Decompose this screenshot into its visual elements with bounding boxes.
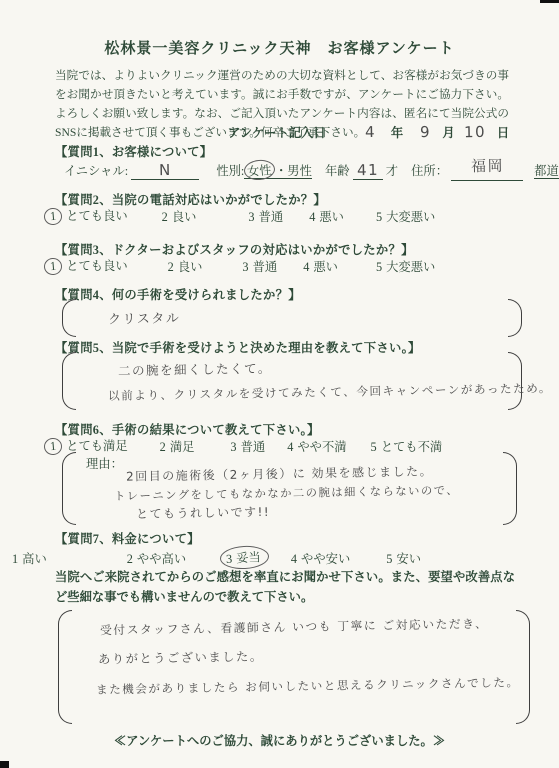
comment-box: 受付スタッフさん、看護師さん いつも 丁寧に ご対応いただき、 ありがとうござい…: [58, 610, 530, 724]
gender-male-option: 男性: [287, 164, 312, 178]
date-label: アンケート記入日: [228, 126, 326, 140]
q3-option-3: 3普通: [242, 257, 277, 275]
date-day-value: 10: [464, 123, 486, 141]
scan-artifact-top-right: [540, 0, 559, 3]
date-year-value: 4: [365, 123, 376, 141]
age-unit: 才: [386, 164, 398, 178]
gender-options: 女性・男性: [244, 164, 312, 179]
q2-option-1: 1とても良い: [44, 206, 128, 225]
initial-label: イニシャル:: [64, 164, 128, 178]
left-bracket: [62, 299, 76, 337]
comment-line: また機会がありましたら お伺いしたいと思えるクリニックさんでした。: [96, 674, 520, 697]
address-value: 福岡: [470, 155, 503, 177]
q5-answer-box: 二の腕を細くしたくて。 以前より、クリスタルを受けてみたくて、今回キャンペーンが…: [62, 352, 522, 410]
age-label: 年齢: [325, 164, 350, 178]
q4-answer-box: クリスタル: [62, 299, 522, 337]
gender-label: 性別:: [216, 164, 244, 178]
survey-date-row: アンケート記入日 4 年 9 月 10 日: [228, 123, 509, 141]
right-bracket: [503, 452, 517, 525]
left-bracket: [62, 452, 76, 525]
age-field: 41: [353, 161, 383, 180]
q7-heading: 【質問7、料金について】: [55, 529, 200, 547]
q5-answer-line: 二の腕を細くしたくて。: [118, 359, 272, 380]
comment-prompt: 当院へご来院されてからのご感想を率直にお聞かせ下さい。また、要望や改善点など些細…: [55, 567, 515, 607]
q1-fields-row: イニシャル: N 性別:女性・男性 年齢 41 才 住所： 福岡 都道府県: [64, 159, 559, 181]
q5-answer-line: 以前より、クリスタルを受けてみたくて、今回キャンペーンがあったため。: [108, 380, 552, 404]
initial-value: N: [159, 161, 172, 179]
q7-option-1: 1高い: [12, 549, 47, 567]
q2-option-3: 3普通: [248, 207, 283, 225]
q6-reason-box: 理由： 2回目の施術後（2ヶ月後）に 効果を感じました。 トレーニングをしてもな…: [62, 452, 517, 525]
date-day-unit: 日: [497, 126, 509, 140]
page-title: 松林景一美容クリニック天神 お客様アンケート: [0, 37, 559, 58]
initial-field: N: [131, 161, 199, 180]
q6-selected-circle: 1: [43, 437, 63, 456]
address-field: 福岡: [451, 159, 523, 181]
q7-option-5: 5安い: [386, 549, 421, 567]
q6-reason-line: とてもうれしいです!!: [136, 503, 270, 522]
comment-line: 受付スタッフさん、看護師さん いつも 丁寧に ご対応いただき、: [100, 615, 489, 639]
gender-selected-circle: 女性: [244, 159, 276, 182]
date-year-unit: 年: [391, 126, 403, 140]
address-label: 住所：: [411, 164, 448, 178]
q2-options-row: 1とても良い 2良い 3普通 4悪い 5大変悪い: [44, 206, 435, 225]
left-bracket: [62, 352, 76, 410]
q3-option-2: 2良い: [168, 257, 203, 275]
q2-option-5: 5大変悪い: [376, 207, 435, 225]
date-month-value: 9: [420, 123, 431, 141]
gender-separator: ・: [275, 164, 287, 178]
q3-option-1: 1とても良い: [44, 256, 128, 275]
q3-selected-circle: 1: [43, 257, 63, 276]
prefecture-options: 都道府県: [534, 164, 559, 179]
comment-line: ありがとうございました。: [98, 647, 264, 668]
right-bracket: [516, 610, 530, 724]
q6-reason-line: トレーニングをしてもなかなか二の腕は細くならないので、: [114, 482, 459, 504]
q4-answer: クリスタル: [108, 307, 181, 327]
date-month-unit: 月: [442, 126, 454, 140]
q1-heading: 【質問1、お客様について】: [55, 142, 212, 160]
q6-reason-line: 2回目の施術後（2ヶ月後）に 効果を感じました。: [126, 462, 433, 484]
scan-artifact-bottom-left: [0, 761, 9, 768]
survey-document: 松林景一美容クリニック天神 お客様アンケート 当院では、よりよいクリニック運営の…: [0, 0, 559, 768]
left-bracket: [58, 610, 72, 724]
q7-option-4: 4やや安い: [291, 549, 350, 567]
q7-selected-circle: 3: [226, 552, 233, 566]
age-value: 41: [356, 161, 378, 179]
right-bracket: [508, 299, 522, 337]
q7-option-2: 2やや高い: [127, 549, 186, 567]
q3-option-4: 4悪い: [303, 257, 338, 275]
q7-options-row: 1高い 2やや高い 3妥当 4やや安い 5安い: [12, 546, 421, 569]
q6-reason-label: 理由：: [86, 454, 123, 472]
q3-option-5: 5大変悪い: [376, 257, 435, 275]
q2-option-4: 4悪い: [309, 207, 344, 225]
q2-option-2: 2良い: [162, 207, 197, 225]
prefecture-prefix: 都道府: [534, 164, 559, 178]
q3-options-row: 1とても良い 2良い 3普通 4悪い 5大変悪い: [44, 256, 435, 275]
q2-selected-circle: 1: [43, 207, 63, 226]
footer-thanks: ≪アンケートへのご協力、誠にありがとうございました。≫: [0, 731, 559, 749]
